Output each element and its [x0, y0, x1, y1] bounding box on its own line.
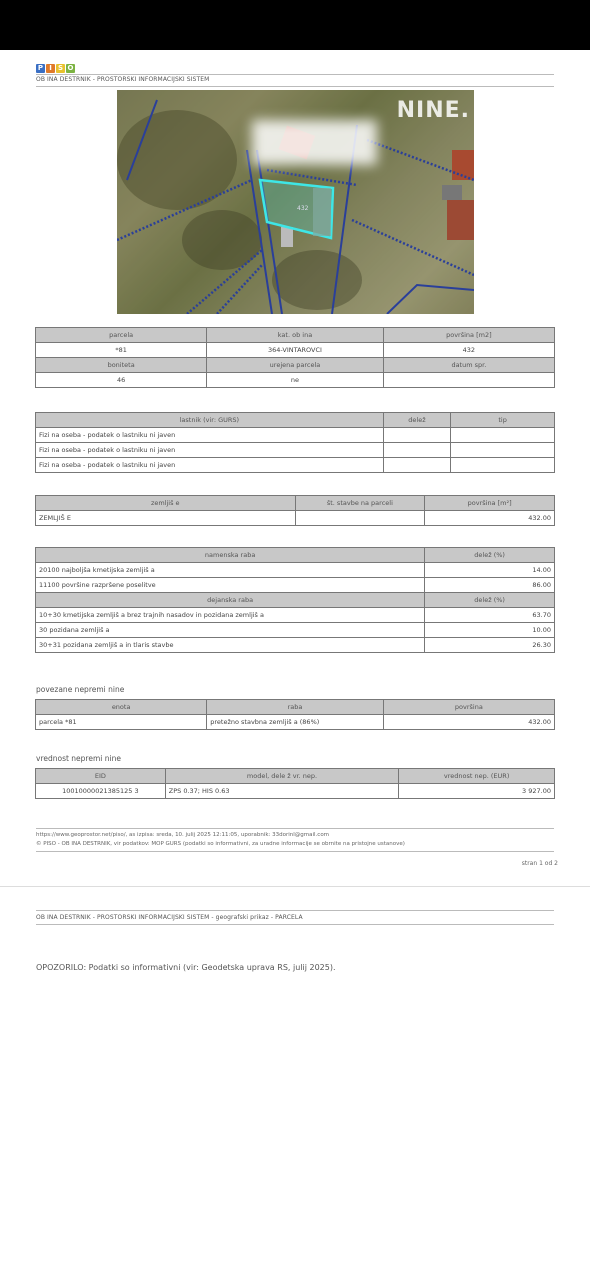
- header-title: OB INA DESTRNIK - PROSTORSKI INFORMACIJS…: [36, 76, 209, 83]
- col-namenska-raba: namenska raba: [36, 548, 425, 563]
- col-vrednost: vrednost nep. (EUR): [399, 769, 555, 784]
- table-row: parcela *81 pretežno stavbna zemljiš a (…: [36, 715, 555, 730]
- value-section-title: vrednost nepremi nine: [36, 754, 121, 763]
- table-row: 10010000021385125 3 ZPS 0.37; HIS 0.63 3…: [36, 784, 555, 799]
- header-divider-top: [36, 74, 554, 75]
- col-st-stavbe: št. stavbe na parceli: [295, 496, 425, 511]
- logo-letter-s: S: [56, 64, 65, 73]
- col-parcela: parcela: [36, 328, 207, 343]
- cell-model: ZPS 0.37; HIS 0.63: [165, 784, 399, 799]
- cell-delez: 63.70: [425, 608, 555, 623]
- related-table: enota raba površina parcela *81 pretežno…: [35, 699, 555, 730]
- table-row: Fizi na oseba - podatek o lastniku ni ja…: [36, 443, 555, 458]
- cell-delez: 10.00: [425, 623, 555, 638]
- col-kat-obcina: kat. ob ina: [207, 328, 383, 343]
- footer-url-line: https://www.geoprostor.net/piso/, as izp…: [36, 832, 329, 838]
- col-boniteta: boniteta: [36, 358, 207, 373]
- header-divider-bottom: [36, 86, 554, 87]
- redacted-area: [252, 120, 377, 165]
- cell-raba: 30 pozidana zemljiš a: [36, 623, 425, 638]
- col-enota: enota: [36, 700, 207, 715]
- col-tip: tip: [451, 413, 555, 428]
- cell-lastnik: Fizi na oseba - podatek o lastniku ni ja…: [36, 458, 384, 473]
- col-povrsina: površina: [383, 700, 554, 715]
- cell-povrsina: 432.00: [425, 511, 555, 526]
- page2-header-divider-top: [36, 910, 554, 911]
- cell-enota: parcela *81: [36, 715, 207, 730]
- col-delez: delež (%): [425, 593, 555, 608]
- col-datum: datum spr.: [383, 358, 554, 373]
- cell-delez: 14.00: [425, 563, 555, 578]
- cell-lastnik: Fizi na oseba - podatek o lastniku ni ja…: [36, 443, 384, 458]
- piso-logo: P I S O: [36, 64, 75, 73]
- cell-urejena-parcela: ne: [207, 373, 383, 388]
- page2-header-title: OB INA DESTRNIK - PROSTORSKI INFORMACIJS…: [36, 914, 303, 921]
- cell-povrsina: 432.00: [383, 715, 554, 730]
- footer-divider-top: [36, 828, 554, 829]
- table-row: 10+30 kmetijska zemljiš a brez trajnih n…: [36, 608, 555, 623]
- col-eid: EID: [36, 769, 166, 784]
- col-lastnik: lastnik (vir: GURS): [36, 413, 384, 428]
- related-section-title: povezane nepremi nine: [36, 685, 124, 694]
- value-table: EID model, dele ž vr. nep. vrednost nep.…: [35, 768, 555, 799]
- cell-tip: [451, 443, 555, 458]
- table-row: 11100 površine razpršene poselitve 86.00: [36, 578, 555, 593]
- page-break: [0, 886, 590, 887]
- footer-divider-bottom: [36, 851, 554, 852]
- logo-letter-i: I: [46, 64, 55, 73]
- col-zemljisce: zemljiš e: [36, 496, 296, 511]
- status-bar: [0, 0, 590, 50]
- table-row: Fizi na oseba - podatek o lastniku ni ja…: [36, 458, 555, 473]
- cell-delez: 26.30: [425, 638, 555, 653]
- col-dejanska-raba: dejanska raba: [36, 593, 425, 608]
- cell-delez: [383, 428, 450, 443]
- col-delez: delež (%): [425, 548, 555, 563]
- cell-raba: pretežno stavbna zemljiš a (86%): [207, 715, 383, 730]
- cell-datum: [383, 373, 554, 388]
- col-urejena-parcela: urejena parcela: [207, 358, 383, 373]
- cell-raba: 20100 najboljša kmetijska zemljiš a: [36, 563, 425, 578]
- cell-delez: 86.00: [425, 578, 555, 593]
- owners-table: lastnik (vir: GURS) delež tip Fizi na os…: [35, 412, 555, 473]
- cell-raba: 11100 površine razpršene poselitve: [36, 578, 425, 593]
- table-row: ZEMLJIŠ E 432.00: [36, 511, 555, 526]
- col-povrsina: površina [m2]: [383, 328, 554, 343]
- logo-letter-o: O: [66, 64, 75, 73]
- parcel-area-label: 432: [297, 205, 309, 212]
- warning-text: OPOZORILO: Podatki so informativni (vir:…: [36, 963, 336, 972]
- cell-raba: 10+30 kmetijska zemljiš a brez trajnih n…: [36, 608, 425, 623]
- logo-letter-p: P: [36, 64, 45, 73]
- cell-povrsina: 432: [383, 343, 554, 358]
- table-row: *81 364-VINTAROVCI 432: [36, 343, 555, 358]
- cell-kat-obcina: 364-VINTAROVCI: [207, 343, 383, 358]
- table-row: Fizi na oseba - podatek o lastniku ni ja…: [36, 428, 555, 443]
- parcel-map[interactable]: 432 NINE.: [117, 90, 474, 314]
- cell-st-stavbe: [295, 511, 425, 526]
- cell-tip: [451, 428, 555, 443]
- table-row: 20100 najboljša kmetijska zemljiš a 14.0…: [36, 563, 555, 578]
- table-row: 30+31 pozidana zemljiš a in tlaris stavb…: [36, 638, 555, 653]
- map-watermark: NINE.: [397, 98, 470, 123]
- cell-delez: [383, 443, 450, 458]
- col-model: model, dele ž vr. nep.: [165, 769, 399, 784]
- col-raba: raba: [207, 700, 383, 715]
- cell-lastnik: Fizi na oseba - podatek o lastniku ni ja…: [36, 428, 384, 443]
- cell-zemljisce: ZEMLJIŠ E: [36, 511, 296, 526]
- parcel-table: parcela kat. ob ina površina [m2] *81 36…: [35, 327, 555, 388]
- cell-tip: [451, 458, 555, 473]
- cell-delez: [383, 458, 450, 473]
- land-table: zemljiš e št. stavbe na parceli površina…: [35, 495, 555, 526]
- page2-header-divider-bottom: [36, 924, 554, 925]
- land-use-table: namenska raba delež (%) 20100 najboljša …: [35, 547, 555, 653]
- cell-vrednost: 3 927.00: [399, 784, 555, 799]
- cell-boniteta: 46: [36, 373, 207, 388]
- col-povrsina: površina [m²]: [425, 496, 555, 511]
- cell-parcela: *81: [36, 343, 207, 358]
- table-row: 46 ne: [36, 373, 555, 388]
- table-row: 30 pozidana zemljiš a 10.00: [36, 623, 555, 638]
- cell-raba: 30+31 pozidana zemljiš a in tlaris stavb…: [36, 638, 425, 653]
- cell-eid: 10010000021385125 3: [36, 784, 166, 799]
- page-number: stran 1 od 2: [522, 860, 558, 867]
- footer-copyright-line: © PISO - OB INA DESTRNIK, vir podatkov: …: [36, 841, 405, 847]
- col-delez: delež: [383, 413, 450, 428]
